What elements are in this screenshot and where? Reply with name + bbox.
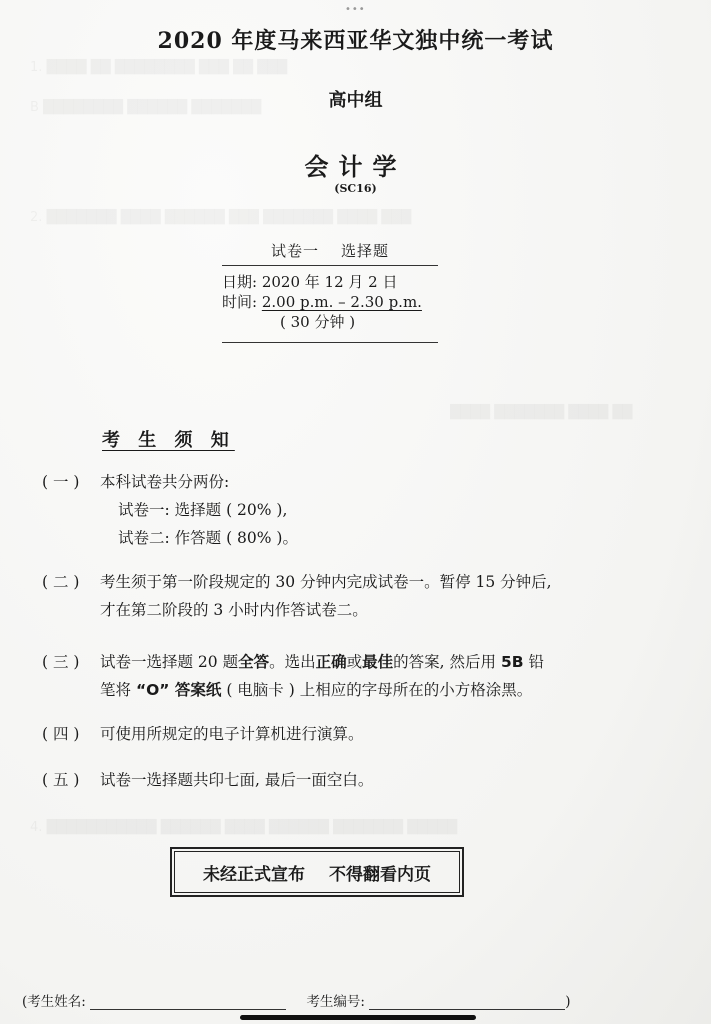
date-value: 2020 年 12 月 2 日 [262,273,398,291]
emphasis: “O” 答案纸 [136,681,221,699]
item-text: 本科试卷共分两份: [100,468,298,496]
instruction-item-3: ( 三 ) 试卷一选择题 20 题全答。选出正确或最佳的答案, 然后用 5B 铅… [42,648,544,704]
instruction-item-5: ( 五 )试卷一选择题共印七面, 最后一面空白。 [42,766,373,794]
exam-group: 高中组 [0,86,711,112]
text: ( 电脑卡 ) 上相应的字母所在的小方格涂黑。 [221,681,532,699]
item-line-1: 考生须于第一阶段规定的 30 分钟内完成试卷一。暂停 15 分钟后, [100,568,552,596]
item-number: ( 二 ) [42,568,100,596]
paper-info-block: 试卷一选择题 日期: 2020 年 12 月 2 日 时间: 2.00 p.m.… [222,240,438,343]
show-through-text: 2. ███████ ████ ██████ ███ ███████ ████ … [30,210,411,225]
time-value: 2.00 p.m. – 2.30 p.m. [262,293,422,311]
item-text: 试卷一选择题共印七面, 最后一面空白。 [100,766,373,794]
exam-date: 日期: 2020 年 12 月 2 日 [222,272,438,292]
paper-title: 试卷一选择题 [222,240,438,266]
item-number: ( 五 ) [42,766,100,794]
divider [222,332,438,343]
show-through-text: ████ ███████ ████ ██ [450,405,632,420]
item-sub-1: 试卷一: 选择题 ( 20% ), [100,496,298,524]
time-label: 时间: [222,293,257,311]
text: 或 [347,653,363,671]
paper-type: 选择题 [341,242,389,260]
item-number: ( 四 ) [42,720,100,748]
instruction-item-1: ( 一 ) 本科试卷共分两份: 试卷一: 选择题 ( 20% ), 试卷二: 作… [42,468,298,552]
candidate-info-line: (考生姓名: 考生编号: ) [22,990,571,1010]
item-number: ( 三 ) [42,648,100,676]
item-line-2: 才在第二阶段的 3 小时内作答试卷二。 [100,596,552,624]
subject-code: (SC16) [0,182,711,195]
exam-time: 时间: 2.00 p.m. – 2.30 p.m. [222,292,438,312]
text: 笔将 [100,681,136,699]
instruction-item-4: ( 四 )可使用所规定的电子计算机进行演算。 [42,720,364,748]
exam-title: 2020 年度马来西亚华文独中统一考试 [0,24,711,55]
exam-cover-page: 1. ████ ██ ████████ ███ ██ ███ B ███████… [0,0,711,1024]
emphasis: 最佳 [362,653,393,671]
item-line-2: 笔将 “O” 答案纸 ( 电脑卡 ) 上相应的字母所在的小方格涂黑。 [100,676,544,704]
show-through-text: 4. ███████████ ██████ ████ ██████ ██████… [30,820,457,835]
text: 铅 [524,653,544,671]
item-sub-2: 试卷二: 作答题 ( 80% )。 [100,524,298,552]
text: 。选出 [269,653,316,671]
subject-title: 会计学 [0,147,711,182]
home-indicator[interactable] [240,1015,476,1020]
instructions-heading: 考 生 须 知 [102,426,235,452]
notice-right: 不得翻看内页 [329,860,431,885]
paren: ) [565,994,570,1010]
item-text: 可使用所规定的电子计算机进行演算。 [100,720,364,748]
exam-duration: ( 30 分钟 ) [222,312,438,332]
emphasis: 5B [501,653,524,671]
name-field[interactable] [90,995,286,1010]
paper-name: 试卷一 [271,242,319,260]
emphasis: 全答 [238,653,269,671]
date-label: 日期: [222,273,257,291]
instruction-item-2: ( 二 ) 考生须于第一阶段规定的 30 分钟内完成试卷一。暂停 15 分钟后,… [42,568,552,624]
id-label: 考生编号: [306,994,365,1010]
notice-left: 未经正式宣布 [203,860,305,885]
text: 试卷一选择题 20 题 [100,653,238,671]
top-indicator: ••• [345,4,366,15]
show-through-text: 1. ████ ██ ████████ ███ ██ ███ [30,60,287,75]
text: 的答案, 然后用 [393,653,501,671]
item-number: ( 一 ) [42,468,100,496]
name-label: 考生姓名: [27,994,86,1010]
id-field[interactable] [369,995,565,1010]
item-line-1: 试卷一选择题 20 题全答。选出正确或最佳的答案, 然后用 5B 铅 [100,648,544,676]
do-not-open-notice: 未经正式宣布不得翻看内页 [170,847,464,897]
emphasis: 正确 [316,653,347,671]
